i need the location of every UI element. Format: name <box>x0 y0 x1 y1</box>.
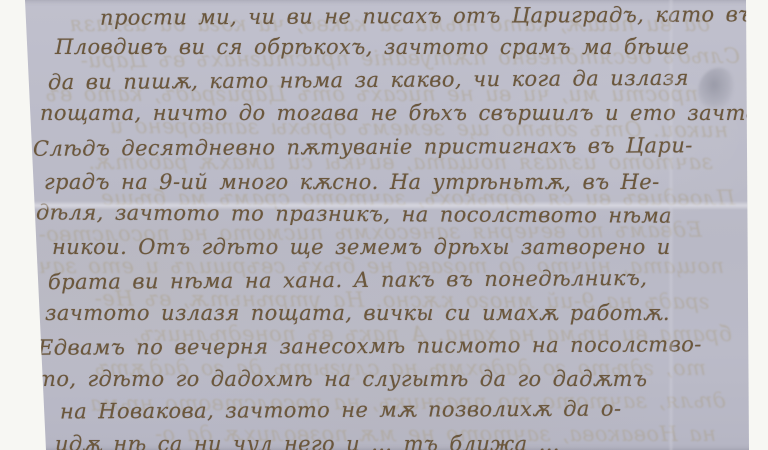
handwritten-line: брата ви нѣма на хана. А пакъ въ понедѣл… <box>48 268 647 293</box>
handwritten-line: градъ на 9-ий много кѫсно. На утрѣньтѫ, … <box>44 172 660 193</box>
handwriting-layer: прости ми, чи ви не писахъ отъ Цариградъ… <box>0 0 768 450</box>
handwritten-line: то, гдѣто го дадохмѣ на слугытѣ да го да… <box>36 369 647 390</box>
handwritten-line: идѫ нѣ са ни чул него и … тъ ближа … <box>55 434 560 450</box>
handwritten-line: Пловдивъ ви ся обрѣкохъ, зачтото срамъ м… <box>55 37 689 58</box>
scanned-letter: да ви пишѫ, като нѣма за какво, чи кога … <box>0 0 768 450</box>
handwritten-line: да ви пишѫ, като нѣма за какво, чи кога … <box>48 68 689 93</box>
handwritten-line: Едвамъ по вечерня занесохмѣ писмото на п… <box>38 334 702 358</box>
handwritten-line: на Новакова, зачтото не мѫ позволихѫ да … <box>60 399 622 423</box>
handwritten-line: никои. Отъ гдѣто ще земемъ дрѣхы затворе… <box>52 237 671 258</box>
handwritten-line: Слѣдъ десятдневно пѫтуванiе пристигнахъ … <box>33 135 693 159</box>
handwritten-line: пощата, ничто до тогава не бѣхъ свършилъ… <box>40 103 766 124</box>
fold-crease-horizontal <box>25 201 748 210</box>
fold-crease-vertical <box>668 0 674 450</box>
handwritten-line: прости ми, чи ви не писахъ отъ Цариградъ… <box>100 4 753 28</box>
handwritten-line: зачтото излазя пощата, вичкы си имахѫ ра… <box>45 303 670 324</box>
letter-page: да ви пишѫ, като нѣма за какво, чи кога … <box>0 0 768 450</box>
